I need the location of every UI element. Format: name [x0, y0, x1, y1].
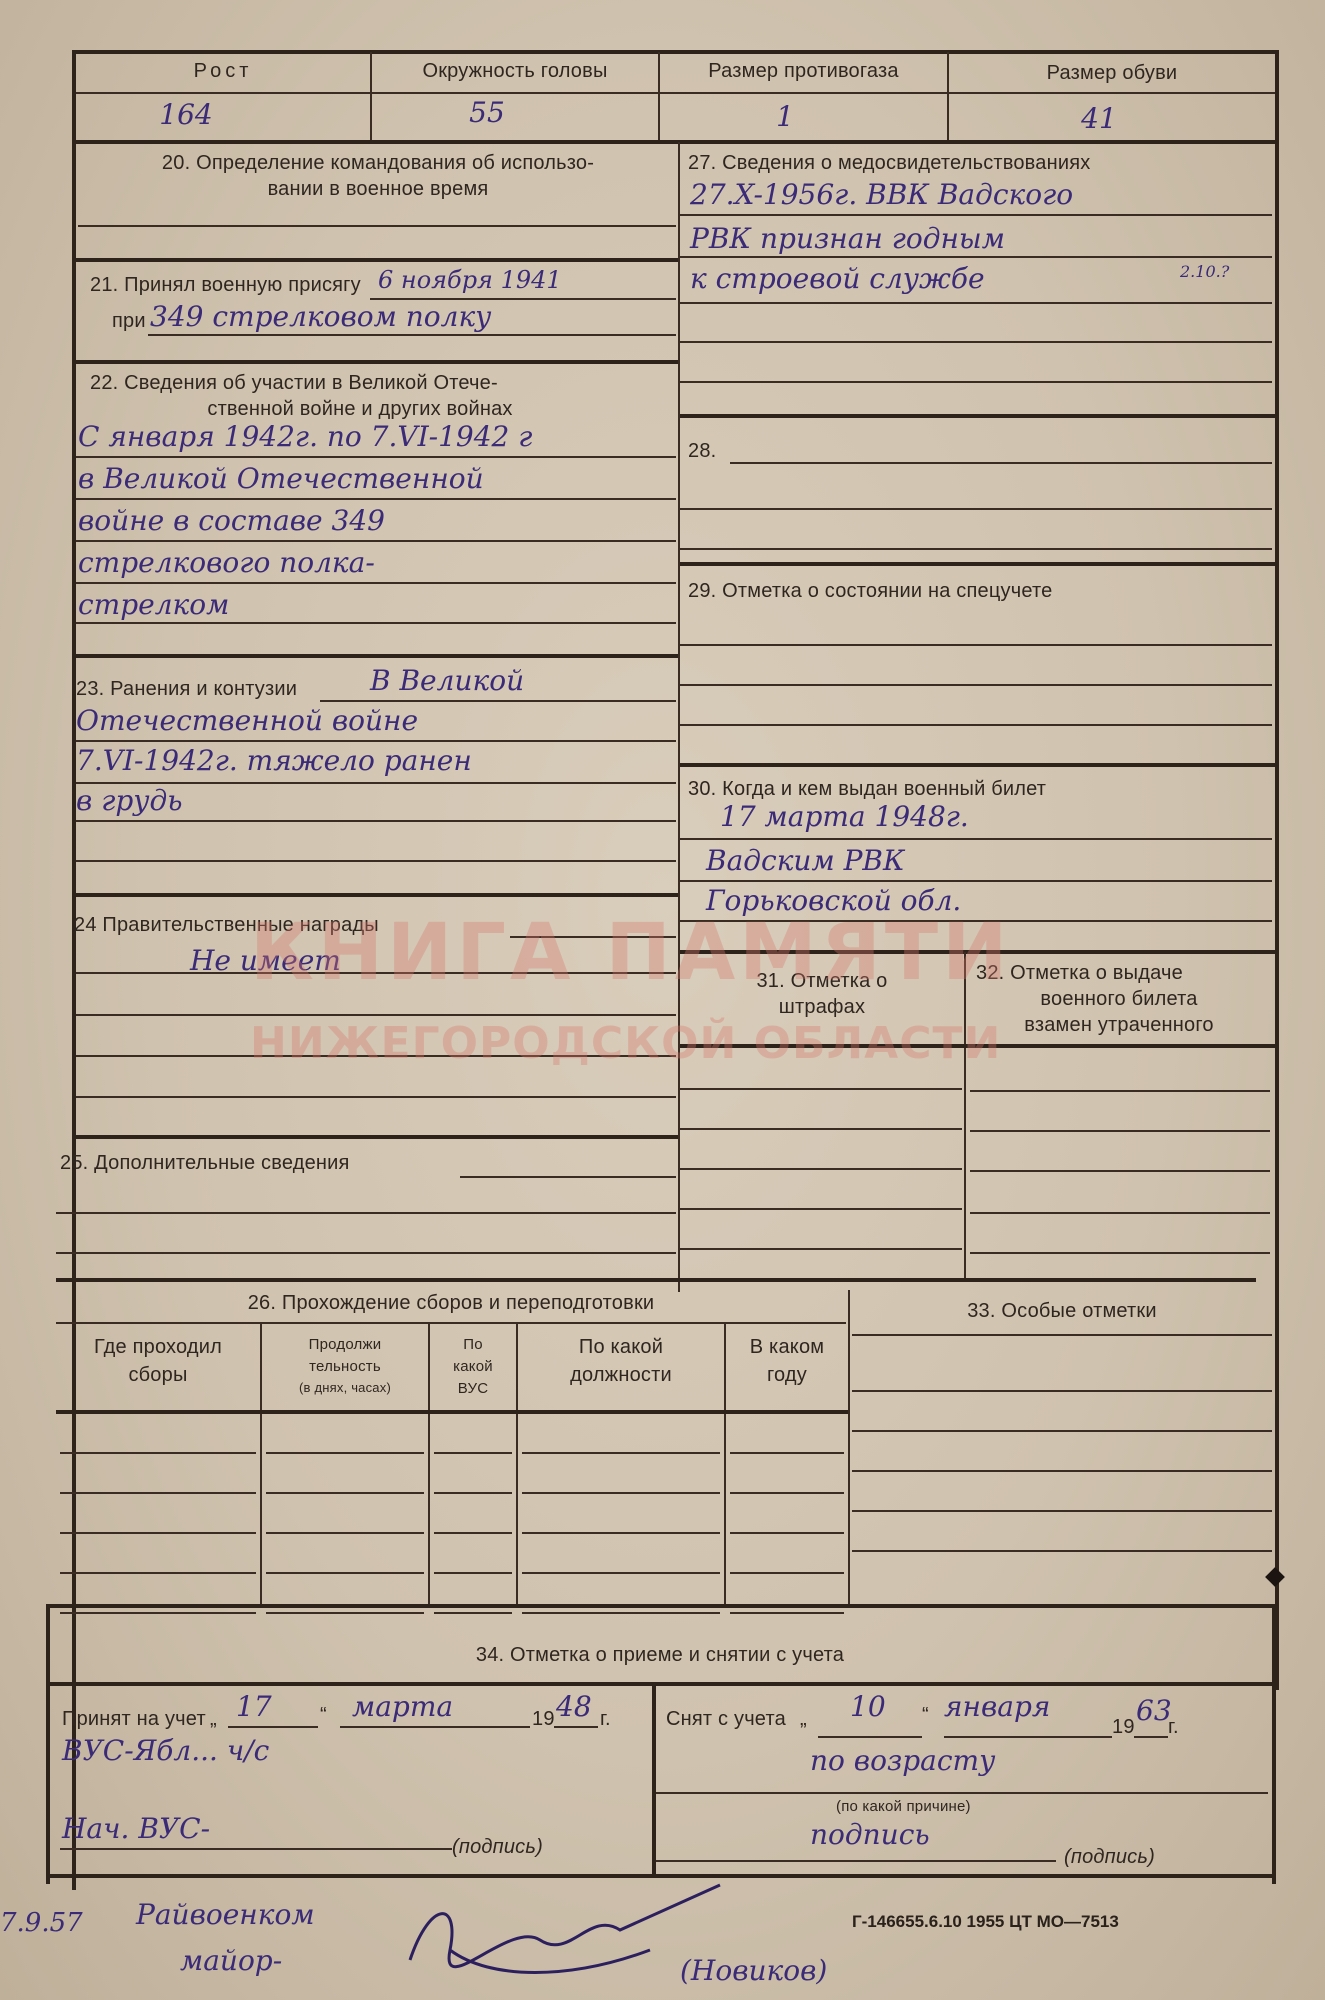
- s23-value: В Великой: [370, 664, 524, 697]
- rule: [852, 1510, 1272, 1512]
- s27-line-1: 27.X-1956г. ВВК Вадского: [690, 178, 1073, 211]
- rule: [852, 1470, 1272, 1472]
- s26-header-cell: По какой: [518, 1336, 724, 1359]
- rule: [554, 1726, 598, 1728]
- rule: [680, 508, 1272, 510]
- s30-line-3: Горьковской обл.: [706, 884, 961, 917]
- s22-line-5: стрелком: [78, 588, 229, 621]
- s21-bottom: [76, 360, 678, 364]
- rule: [680, 214, 1272, 216]
- s26-table-row: [522, 1492, 720, 1494]
- s26-bottom: [46, 1604, 1274, 1608]
- rule: [76, 622, 676, 624]
- rule: [680, 381, 1272, 383]
- rule: [852, 1390, 1272, 1392]
- s23-line-2: 7.VI-1942г. тяжело ранен: [76, 744, 472, 777]
- rule: [852, 1334, 1272, 1336]
- removed-signature: подпись: [810, 1818, 930, 1851]
- s34-left-edge: [46, 1604, 50, 1884]
- s30-line-2: Вадским РВК: [706, 844, 905, 877]
- s26-header-cell: должности: [518, 1364, 724, 1387]
- rule: [656, 1860, 1056, 1862]
- s22-line-2: в Великой Отечественной: [78, 462, 484, 495]
- s20-line: [78, 225, 676, 227]
- s31-label: 31. Отметка о: [682, 970, 962, 993]
- s26-header-cell: тельность: [262, 1358, 428, 1375]
- accepted-year-suffix: г.: [600, 1708, 611, 1731]
- s30-bottom: [680, 950, 1275, 954]
- s26-table-row: [266, 1532, 424, 1534]
- accepted-line-3: Нач. ВУС-: [62, 1812, 210, 1845]
- s26-table-row: [522, 1612, 720, 1614]
- s27-bottom: [680, 414, 1275, 418]
- rule: [680, 1088, 962, 1090]
- header-bottom: [72, 140, 1277, 144]
- head-circumference-value: 55: [372, 96, 602, 129]
- rule: [60, 1848, 452, 1850]
- s26-table-row: [434, 1572, 512, 1574]
- accepted-label: Принят на учет: [62, 1708, 206, 1731]
- rule: [76, 740, 676, 742]
- s25-label: 25. Дополнительные сведения: [60, 1152, 350, 1175]
- s26-table-row: [522, 1532, 720, 1534]
- rule: [76, 540, 676, 542]
- s20-label: 20. Определение командования об использо…: [80, 152, 676, 175]
- rule: [970, 1252, 1270, 1254]
- removed-reason: по возрасту: [810, 1744, 995, 1777]
- footer-title-1: Райвоенком: [136, 1898, 315, 1931]
- rule: [56, 1212, 676, 1214]
- s26-header-cell: В каком: [726, 1336, 848, 1359]
- frame-top: [72, 50, 1277, 54]
- s28-bottom: [680, 562, 1275, 566]
- head-circumference-label: Окружность головы: [372, 60, 658, 83]
- s26-table-row: [730, 1572, 844, 1574]
- s22-line-4: стрелкового полка-: [78, 546, 375, 579]
- s21-line-2: [148, 334, 676, 336]
- frame-right: [1275, 50, 1279, 1690]
- s26-table-row: [434, 1612, 512, 1614]
- rule: [76, 820, 676, 822]
- s26-header-cell: сборы: [56, 1364, 260, 1387]
- rule: [680, 341, 1272, 343]
- rule: [1134, 1736, 1168, 1738]
- s24-bottom: [76, 1135, 678, 1139]
- rule: [76, 972, 676, 974]
- s23-line-1: Отечественной войне: [76, 704, 418, 737]
- s27-line-3: к строевой службе: [690, 262, 985, 295]
- removed-year-suffix: г.: [1168, 1716, 1179, 1739]
- rule: [680, 920, 1272, 922]
- s31-header-bottom: [680, 1044, 1275, 1048]
- column-divider: [678, 142, 680, 1292]
- s26-table-row: [522, 1452, 720, 1454]
- s27-margin-note: 2.10.?: [1180, 262, 1229, 281]
- rule: [76, 1055, 676, 1057]
- gas-mask-size-value: 1: [660, 100, 910, 133]
- removed-reason-label: (по какой причине): [836, 1798, 971, 1815]
- s34-divider: [652, 1684, 656, 1874]
- s26-title: 26. Прохождение сборов и переподготовки: [56, 1292, 846, 1315]
- s32-label: 32. Отметка о выдаче: [976, 962, 1183, 985]
- accepted-month: марта: [352, 1690, 453, 1723]
- rule: [680, 302, 1272, 304]
- removed-label: Снят с учета: [666, 1708, 786, 1731]
- s26-table-row: [60, 1612, 256, 1614]
- s25-bottom: [56, 1278, 1256, 1282]
- rule: [460, 1176, 676, 1178]
- s26-table-row: [266, 1612, 424, 1614]
- s27-label: 27. Сведения о медосвидетельствованиях: [688, 152, 1090, 175]
- accepted-sign-label: (подпись): [452, 1836, 543, 1859]
- s26-table-row: [60, 1452, 256, 1454]
- s24-label: 24 Правительственные награды: [74, 914, 379, 937]
- s26-header-cell: году: [726, 1364, 848, 1387]
- rule: [944, 1736, 1112, 1738]
- s30-label: 30. Когда и кем выдан военный билет: [688, 778, 1046, 801]
- s26-table-row: [60, 1572, 256, 1574]
- punch-hole-mark: [1265, 1567, 1285, 1587]
- rule: [680, 644, 1272, 646]
- s32-label-3: взамен утраченного: [966, 1014, 1272, 1037]
- removed-month: января: [944, 1690, 1050, 1723]
- rule: [510, 936, 676, 938]
- s21-prefix: при: [112, 310, 146, 333]
- rule: [680, 548, 1272, 550]
- s31-label-2: штрафах: [682, 996, 962, 1019]
- rule: [730, 462, 1272, 464]
- s20-bottom: [76, 258, 678, 262]
- s23-bottom: [76, 893, 678, 897]
- height-label: Рост: [76, 60, 370, 83]
- s22-label-2: ственной войне и других войнах: [80, 398, 640, 421]
- s26-header-cell: какой: [430, 1358, 516, 1375]
- footer-title-2: майор-: [180, 1944, 282, 1977]
- s34-bottom: [46, 1874, 1274, 1878]
- s26-header-cell: Где проходил: [56, 1336, 260, 1359]
- rule: [970, 1130, 1270, 1132]
- print-code: Г-146655.6.10 1955 ЦТ МО—7513: [852, 1912, 1119, 1932]
- s34-right-edge: [1272, 1604, 1276, 1884]
- rule: [76, 1014, 676, 1016]
- s26-header-cell: По: [430, 1336, 516, 1353]
- s26-table-row: [266, 1452, 424, 1454]
- s22-line-1: С января 1942г. по 7.VI-1942 г: [78, 420, 532, 453]
- s26-s33-divider: [848, 1290, 850, 1606]
- rule: [76, 456, 676, 458]
- s34-title-bottom: [46, 1682, 1274, 1686]
- rule: [656, 1792, 1268, 1794]
- s26-table-row: [434, 1452, 512, 1454]
- s23-label: 23. Ранения и контузии: [76, 678, 297, 701]
- footer-date-note: 7.9.57: [0, 1908, 83, 1938]
- rule: [680, 1128, 962, 1130]
- frame-left: [72, 50, 76, 1890]
- accepted-line-2: ВУС-Ябл... ч/с: [62, 1734, 269, 1767]
- s26-table-row: [266, 1492, 424, 1494]
- s21-date-value: 6 ноября 1941: [378, 266, 562, 294]
- rule: [76, 498, 676, 500]
- rule: [680, 1208, 962, 1210]
- removed-year-prefix: 19: [1112, 1716, 1135, 1739]
- s22-bottom: [76, 654, 678, 658]
- s23-line-3: в грудь: [76, 784, 183, 817]
- rule: [320, 700, 676, 702]
- s30-line-1: 17 марта 1948г.: [720, 800, 969, 833]
- s26-table-row: [60, 1492, 256, 1494]
- s26-header-cell: Продолжи: [262, 1336, 428, 1353]
- s26-table-row: [730, 1532, 844, 1534]
- accepted-year: 48: [556, 1690, 592, 1723]
- s26-table-row: [266, 1572, 424, 1574]
- s26-table-row: [730, 1492, 844, 1494]
- s21-label: 21. Принял военную присягу: [90, 274, 361, 297]
- s26-header-cell: (в днях, часах): [262, 1380, 428, 1395]
- s26-table-row: [60, 1532, 256, 1534]
- rule: [680, 684, 1272, 686]
- rule: [680, 1168, 962, 1170]
- s28-label: 28.: [688, 440, 716, 463]
- s34-title: 34. Отметка о приеме и снятии с учета: [46, 1644, 1274, 1667]
- s29-label: 29. Отметка о состоянии на спецучете: [688, 580, 1052, 603]
- removed-year: 63: [1136, 1694, 1172, 1727]
- rule: [76, 860, 676, 862]
- s20-label-2: вании в военное время: [80, 178, 676, 201]
- rule: [56, 1252, 676, 1254]
- s21-unit-value: 349 стрелковом полку: [150, 300, 491, 333]
- rule: [680, 256, 1272, 258]
- rule: [970, 1212, 1270, 1214]
- shoe-size-label: Размер обуви: [949, 62, 1275, 85]
- s26-table-row: [730, 1612, 844, 1614]
- s26-table-row: [434, 1532, 512, 1534]
- rule: [852, 1430, 1272, 1432]
- rule: [680, 724, 1272, 726]
- s22-line-3: войне в составе 349: [78, 504, 385, 537]
- accepted-year-prefix: 19: [532, 1708, 555, 1731]
- rule: [852, 1550, 1272, 1552]
- rule: [76, 582, 676, 584]
- gas-mask-size-label: Размер противогаза: [660, 60, 947, 83]
- rule: [56, 1322, 846, 1324]
- s32-label-2: военного билета: [966, 988, 1272, 1011]
- rule: [340, 1726, 530, 1728]
- rule: [228, 1726, 318, 1728]
- removed-sign-label: (подпись): [1064, 1846, 1155, 1869]
- shoe-size-value: 41: [949, 102, 1249, 135]
- header-divider: [76, 92, 1275, 94]
- s26-table-row: [522, 1572, 720, 1574]
- rule: [680, 838, 1272, 840]
- rule: [970, 1090, 1270, 1092]
- s26-table-row: [730, 1452, 844, 1454]
- rule: [818, 1736, 922, 1738]
- s26-header-cell: ВУС: [430, 1380, 516, 1397]
- s29-bottom: [680, 763, 1275, 767]
- removed-day: 10: [850, 1690, 886, 1723]
- footer-name: (Новиков): [680, 1954, 827, 1987]
- s33-label: 33. Особые отметки: [852, 1300, 1272, 1323]
- rule: [76, 1096, 676, 1098]
- accepted-day: 17: [236, 1690, 272, 1723]
- s26-table-row: [434, 1492, 512, 1494]
- height-value: 164: [76, 98, 296, 131]
- s26-header-bottom: [56, 1410, 848, 1414]
- rule: [680, 1248, 962, 1250]
- rule: [680, 880, 1272, 882]
- s22-label: 22. Сведения об участии в Великой Отече-: [90, 372, 498, 395]
- rule: [970, 1170, 1270, 1172]
- s27-line-2: РВК признан годным: [690, 222, 1005, 255]
